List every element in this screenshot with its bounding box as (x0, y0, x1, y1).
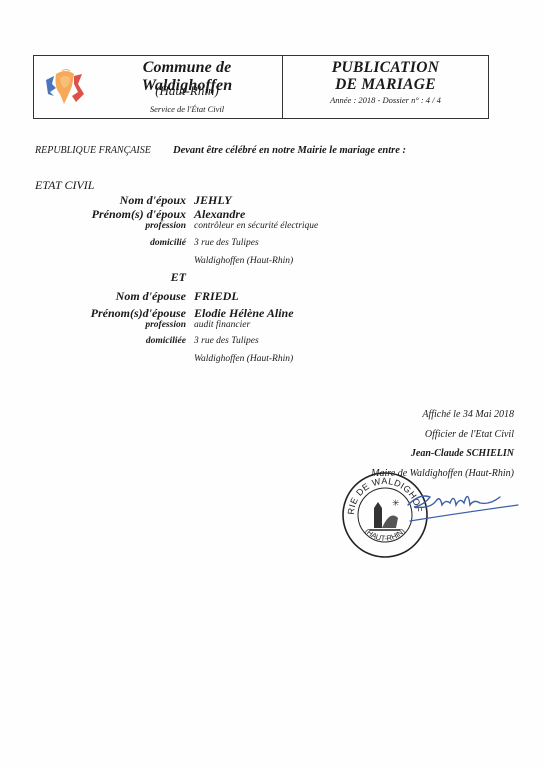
epouse-domicile-row-2: Waldighoffen (Haut-Rhin) (0, 354, 543, 370)
epoux-nom-label: Nom d'époux (120, 193, 186, 208)
service-name: Service de l'État Civil (96, 104, 278, 114)
affichage-date: Affiché le 34 Mai 2018 (371, 405, 514, 425)
epouse-domicile-line2: Waldighoffen (Haut-Rhin) (194, 354, 293, 364)
epouse-domicile-label: domiciliée (146, 336, 186, 346)
officier-title: Officier de l'Etat Civil (371, 425, 514, 445)
svg-text:✳: ✳ (392, 499, 400, 509)
epoux-domicile-line1: 3 rue des Tulipes (194, 238, 259, 248)
epoux-profession-value: contrôleur en sécurité électrique (194, 221, 318, 231)
epouse-nom-row: Nom d'épouse FRIEDL (0, 289, 543, 305)
epouse-nom-label: Nom d'épouse (116, 289, 186, 304)
epouse-profession-label: profession (145, 320, 186, 330)
marianne-logo-icon (42, 66, 90, 110)
epouse-profession-row: profession audit financier (0, 320, 543, 336)
publication-title-line2: DE MARIAGE (283, 76, 488, 93)
epoux-prenom-value: Alexandre (194, 207, 245, 222)
epoux-domicile-row: domicilié 3 rue des Tulipes (0, 238, 543, 254)
commune-region: (Haut-Rhin) (96, 83, 278, 99)
header-box: Commune de Waldighoffen (Haut-Rhin) Serv… (33, 55, 489, 119)
mayor-name: Jean-Claude SCHIELIN (371, 444, 514, 464)
epouse-domicile-line1: 3 rue des Tulipes (194, 336, 259, 346)
publication-block: PUBLICATION DE MARIAGE Année : 2018 - Do… (283, 56, 488, 118)
epoux-profession-label: profession (145, 221, 186, 231)
epoux-nom-value: JEHLY (194, 193, 232, 208)
epouse-domicile-row: domiciliée 3 rue des Tulipes (0, 336, 543, 352)
epoux-domicile-line2: Waldighoffen (Haut-Rhin) (194, 256, 293, 266)
republique-label: REPUBLIQUE FRANÇAISE (35, 145, 151, 156)
epoux-profession-row: profession contrôleur en sécurité électr… (0, 221, 543, 237)
section-heading: ETAT CIVIL (35, 178, 94, 193)
document-page: Commune de Waldighoffen (Haut-Rhin) Serv… (0, 0, 543, 768)
handwritten-signature-icon (400, 475, 520, 535)
epouse-prenom-value: Elodie Hélène Aline (194, 306, 294, 321)
publication-title-line1: PUBLICATION (283, 59, 488, 76)
publication-subtitle: Année : 2018 - Dossier n° : 4 / 4 (283, 95, 488, 105)
epouse-nom-value: FRIEDL (194, 289, 239, 304)
separator-row: ET (0, 270, 543, 286)
commune-block: Commune de Waldighoffen (Haut-Rhin) Serv… (34, 56, 283, 118)
epoux-prenom-label: Prénom(s) d'époux (92, 207, 186, 222)
intro-text: Devant être célébré en notre Mairie le m… (173, 145, 406, 156)
separator-et: ET (171, 270, 186, 285)
epouse-prenom-label: Prénom(s)d'épouse (91, 306, 186, 321)
epouse-profession-value: audit financier (194, 320, 250, 330)
epoux-domicile-label: domicilié (150, 238, 186, 248)
